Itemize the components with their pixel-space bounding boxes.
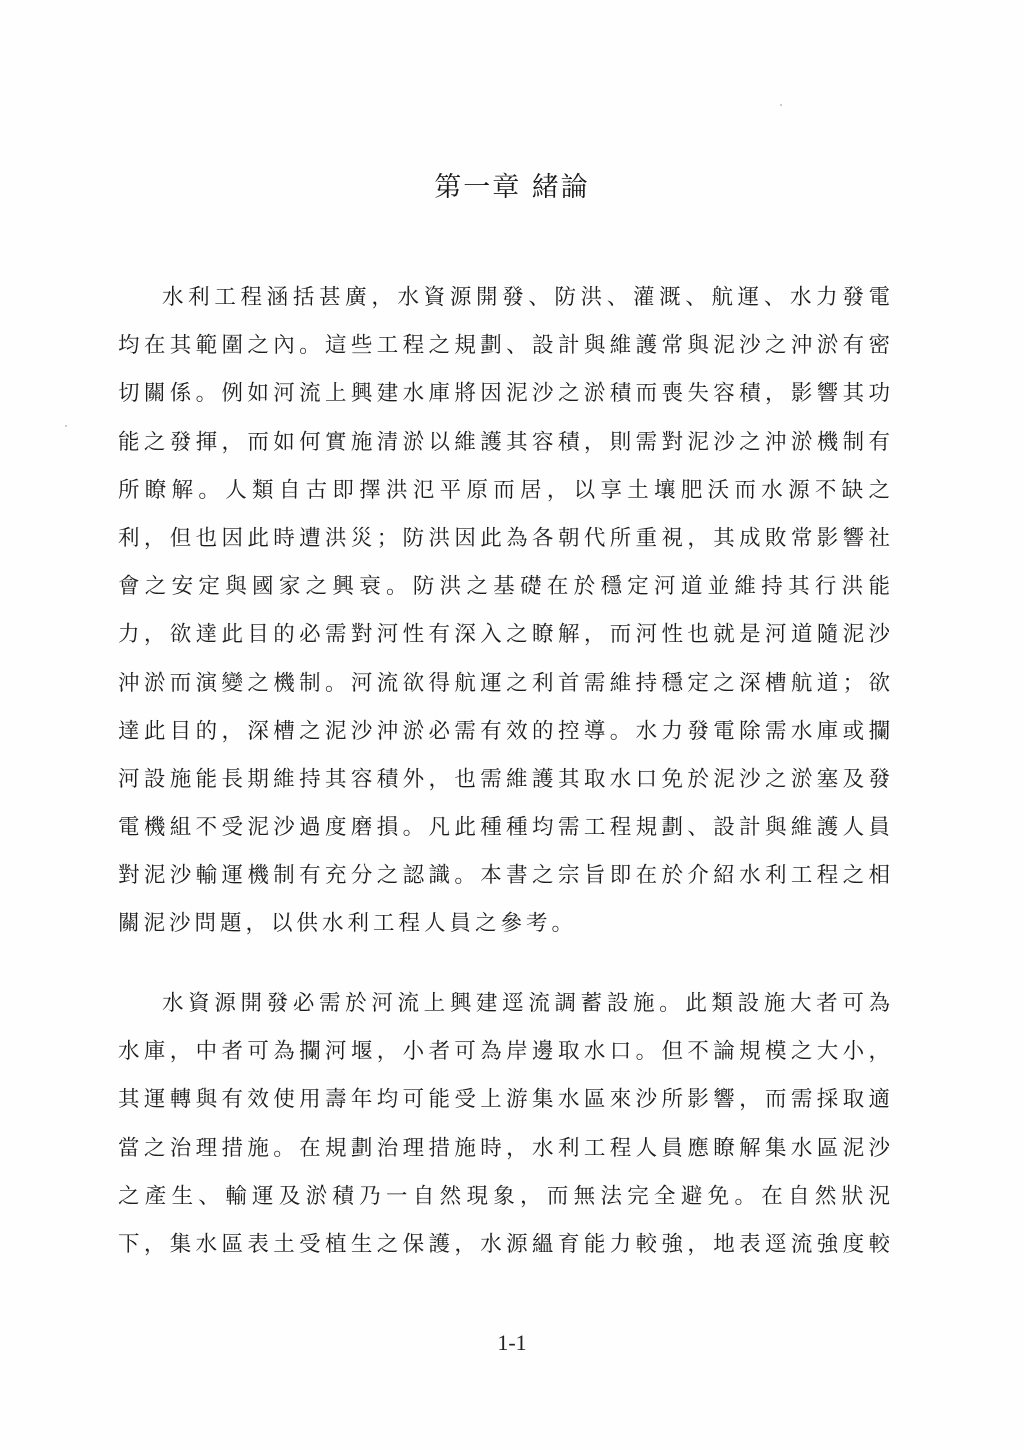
paragraph-1: 水利工程涵括甚廣，水資源開發、防洪、灌溉、航運、水力發電 均在其範圍之內。這些工… [118, 274, 890, 949]
text-line: 下，集水區表土受植生之保護，水源縕育能力較強，地表逕流強度較 [118, 1221, 890, 1269]
text-line: 沖淤而演變之機制。河流欲得航運之利首需維持穩定之深槽航道；欲 [118, 660, 890, 708]
text-line: 均在其範圍之內。這些工程之規劃、設計與維護常與泥沙之沖淤有密 [118, 322, 890, 370]
text-line: 電機組不受泥沙過度磨損。凡此種種均需工程規劃、設計與維護人員 [118, 804, 890, 852]
text-line: 能之發揮，而如何實施清淤以維護其容積，則需對泥沙之沖淤機制有 [118, 419, 890, 467]
text-line: 對泥沙輸運機制有充分之認識。本書之宗旨即在於介紹水利工程之相 [118, 852, 890, 900]
scan-speck [780, 104, 782, 106]
text-line: 達此目的，深槽之泥沙沖淤必需有效的控導。水力發電除需水庫或攔 [118, 708, 890, 756]
text-line: 會之安定與國家之興衰。防洪之基礎在於穩定河道並維持其行洪能 [118, 563, 890, 611]
paragraph-2: 水資源開發必需於河流上興建逕流調蓄設施。此類設施大者可為 水庫，中者可為攔河堰，… [118, 980, 890, 1269]
text-line: 利，但也因此時遭洪災；防洪因此為各朝代所重視，其成敗常影響社 [118, 515, 890, 563]
text-line: 之產生、輸運及淤積乃一自然現象，而無法完全避免。在自然狀況 [118, 1173, 890, 1221]
text-line: 水庫，中者可為攔河堰，小者可為岸邊取水口。但不論規模之大小， [118, 1028, 890, 1076]
chapter-title: 第一章 緒論 [0, 168, 1024, 208]
text-line: 水利工程涵括甚廣，水資源開發、防洪、灌溉、航運、水力發電 [118, 274, 890, 322]
document-page: 第一章 緒論 水利工程涵括甚廣，水資源開發、防洪、灌溉、航運、水力發電 均在其範… [0, 0, 1024, 1450]
scan-speck [65, 425, 67, 427]
text-line: 切關係。例如河流上興建水庫將因泥沙之淤積而喪失容積，影響其功 [118, 370, 890, 418]
text-line: 其運轉與有效使用壽年均可能受上游集水區來沙所影響，而需採取適 [118, 1076, 890, 1124]
text-line: 力，欲達此目的必需對河性有深入之瞭解，而河性也就是河道隨泥沙 [118, 611, 890, 659]
text-line: 當之治理措施。在規劃治理措施時，水利工程人員應瞭解集水區泥沙 [118, 1125, 890, 1173]
text-line: 河設施能長期維持其容積外，也需維護其取水口免於泥沙之淤塞及發 [118, 756, 890, 804]
text-line: 所瞭解。人類自古即擇洪氾平原而居，以享土壤肥沃而水源不缺之 [118, 467, 890, 515]
text-line: 水資源開發必需於河流上興建逕流調蓄設施。此類設施大者可為 [118, 980, 890, 1028]
page-number: 1-1 [0, 1330, 1024, 1356]
text-line: 關泥沙問題，以供水利工程人員之參考。 [118, 900, 890, 948]
